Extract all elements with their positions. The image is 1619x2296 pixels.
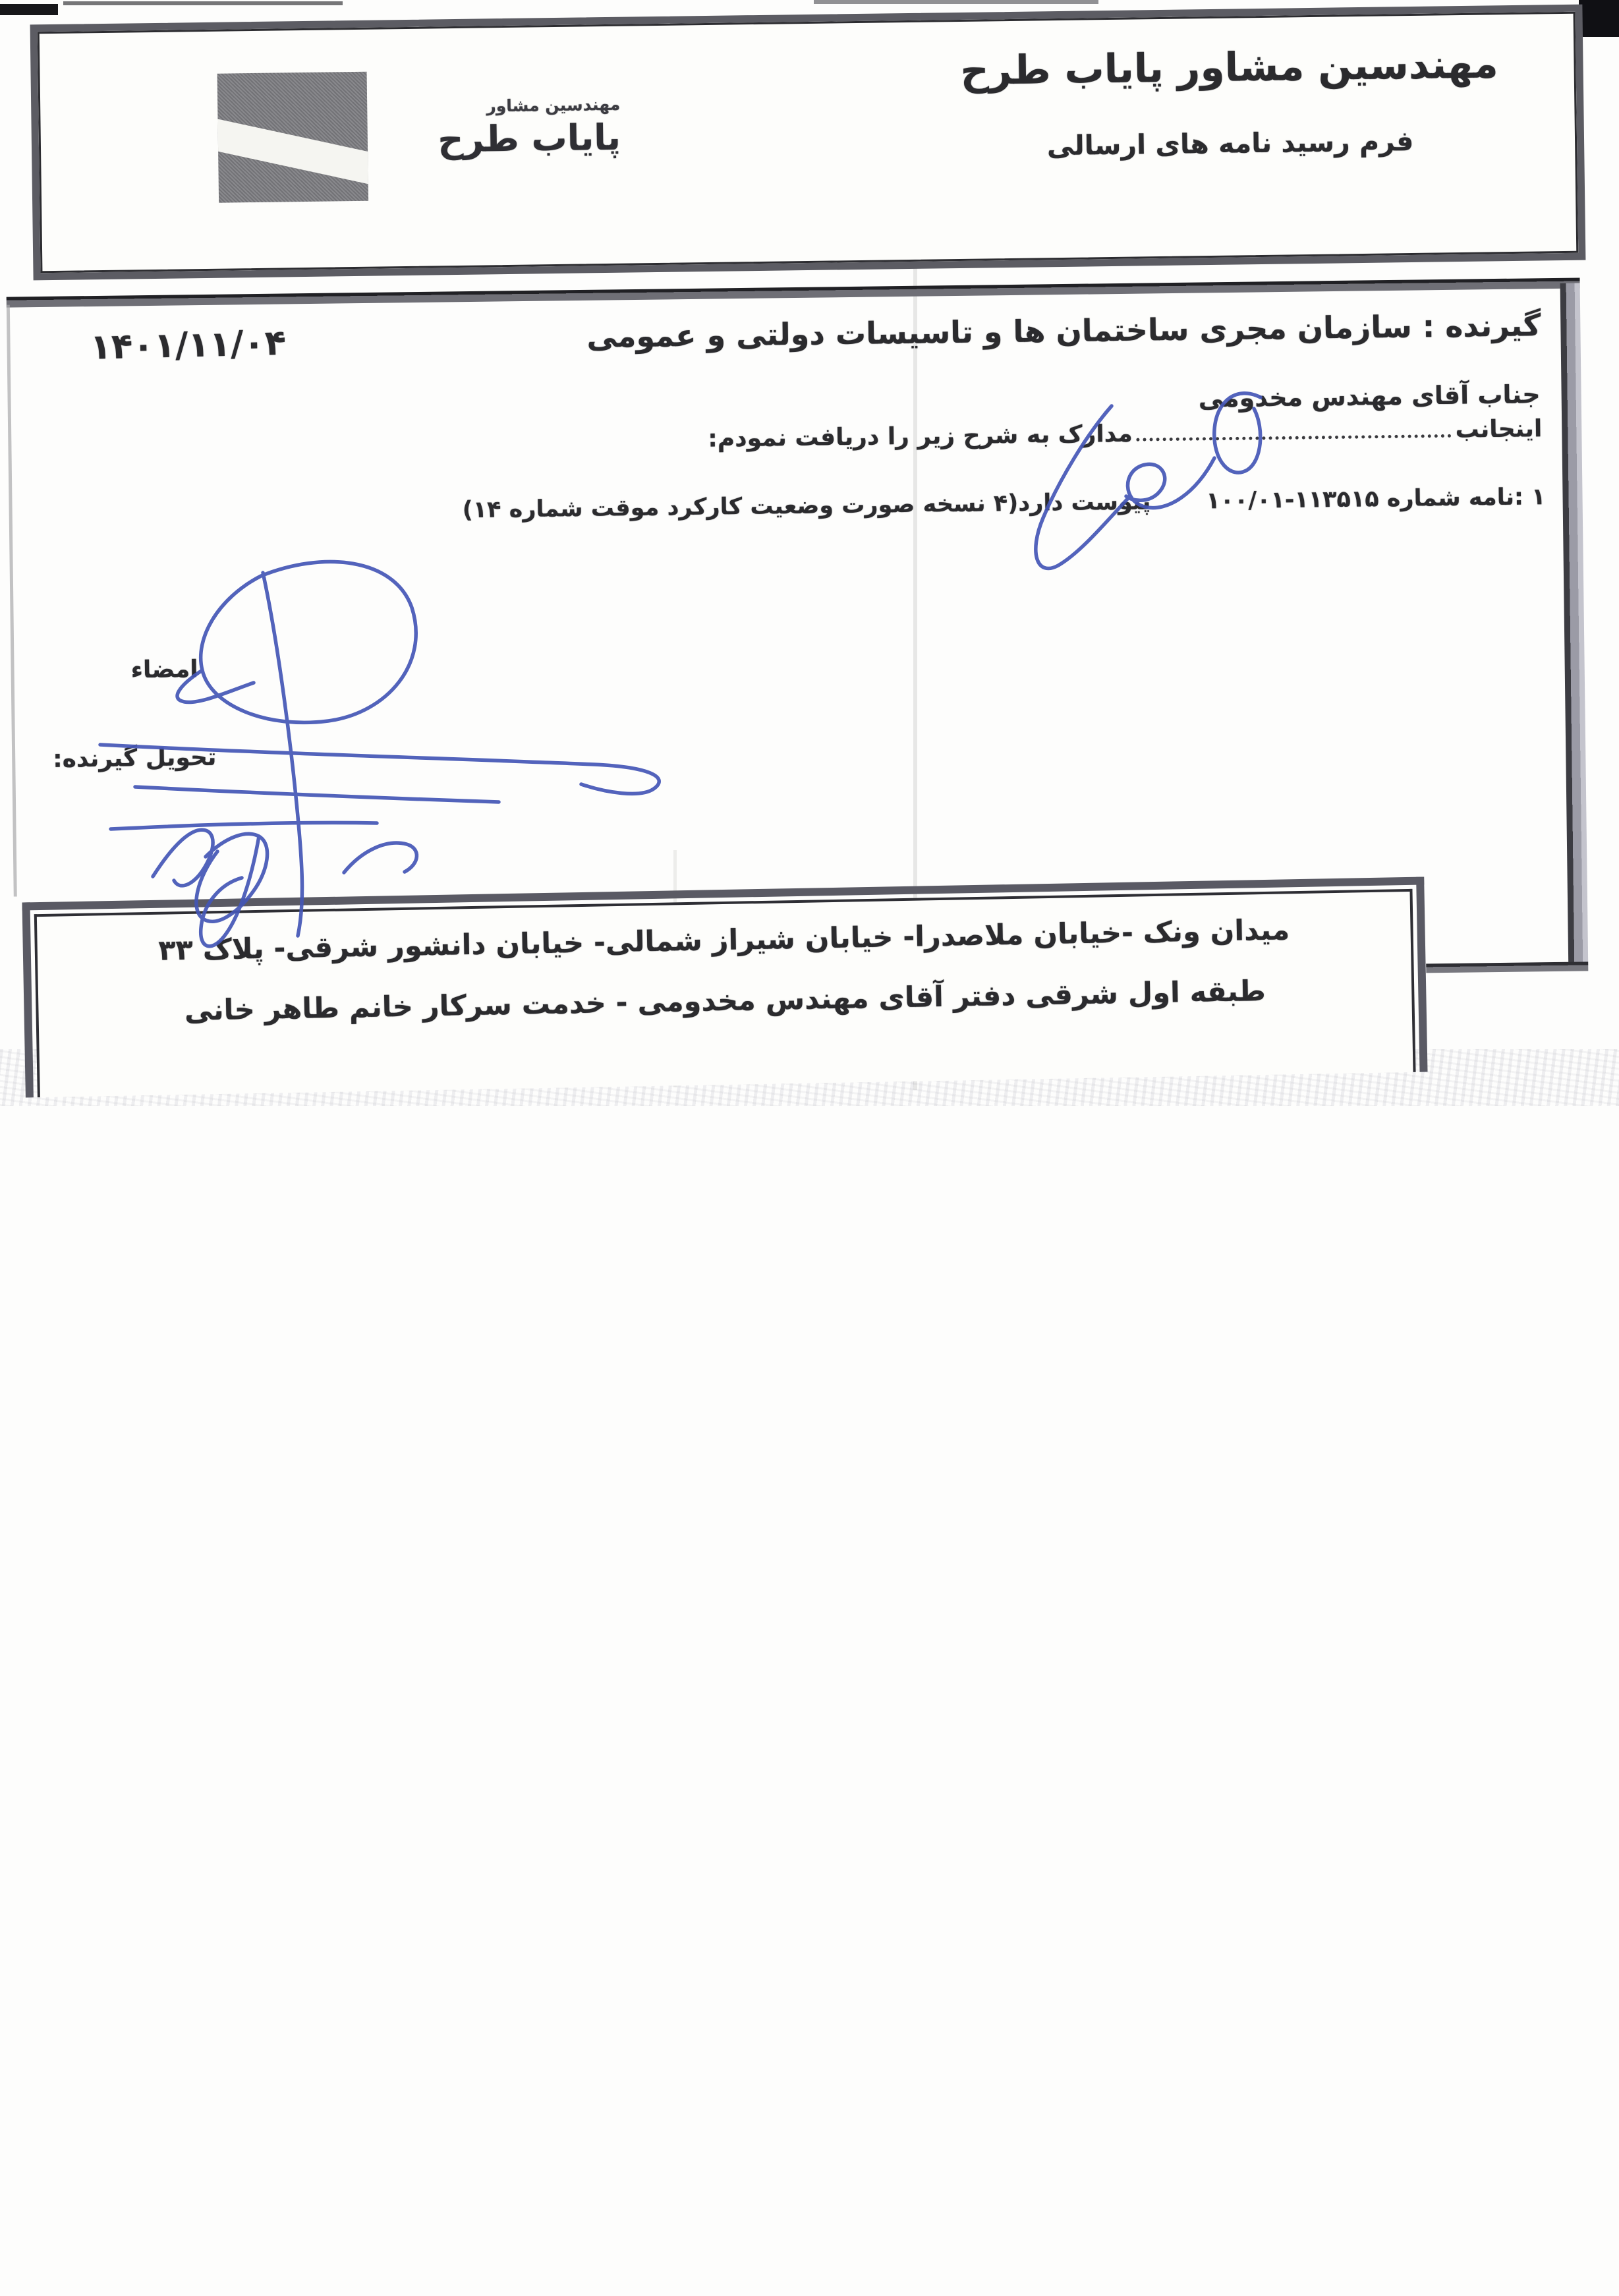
address-line-2: طبقه اول شرقی دفتر آقای مهندس مخدومی - خ… — [38, 972, 1412, 1030]
undersigned-suffix: مدارک به شرح زیر را دریافت نمودم: — [708, 420, 1133, 453]
company-logo-icon — [217, 72, 369, 203]
scan-artifact — [1579, 0, 1619, 37]
header-box: مهندسین مشاور پایاب طرح مهندسین مشاور پا… — [30, 5, 1586, 281]
scan-artifact — [0, 4, 58, 15]
body-border-right — [1560, 283, 1589, 965]
form-title: فرم رسید نامه های ارسالی — [897, 123, 1564, 163]
scanned-receipt-form: مهندسین مشاور پایاب طرح مهندسین مشاور پا… — [0, 0, 1619, 2296]
body-border-bottom — [1426, 961, 1588, 973]
logo-text-large: پایاب طرح — [370, 117, 621, 161]
document-date: ۱۴۰۱/۱۱/۰۴ — [90, 323, 287, 368]
undersigned-row: اینجانب مدارک به شرح زیر را دریافت نمودم… — [708, 415, 1542, 452]
addressee-line: جناب آقای مهندس مخدومی — [1198, 380, 1541, 413]
scan-artifact — [814, 0, 1098, 4]
received-items-row: ۱ :نامه شماره ۱۱۳۵۱۵-۱۰۰/۰۱ پیوست دارد(۴… — [463, 484, 1546, 523]
signature-label: امضاء — [130, 656, 198, 683]
logo-wordmark: مهندسین مشاور پایاب طرح — [370, 95, 621, 161]
receiver-label: تحویل گیرنده: — [53, 744, 217, 773]
name-fill-in-line — [1137, 434, 1452, 442]
item-letter-reference: ۱ :نامه شماره ۱۱۳۵۱۵-۱۰۰/۰۱ — [1206, 484, 1546, 514]
company-title: مهندسین مشاور پایاب طرح — [896, 40, 1562, 95]
item-attachment-note: پیوست دارد(۴ نسخه صورت وضعیت کارکرد موقت… — [463, 488, 1151, 523]
logo-text-small: مهندسین مشاور — [370, 95, 620, 117]
undersigned-prefix: اینجانب — [1455, 415, 1542, 444]
address-line-1: میدان ونک -خیابان ملاصدرا- خیابان شیراز … — [37, 911, 1411, 969]
address-box: میدان ونک -خیابان ملاصدرا- خیابان شیراز … — [22, 877, 1427, 1098]
header-titles: مهندسین مشاور پایاب طرح فرم رسید نامه ها… — [896, 14, 1564, 163]
scan-artifact — [63, 1, 343, 5]
logo-diagonal-stripe-icon — [217, 118, 369, 186]
body-border-left — [7, 305, 17, 897]
body-border-top — [7, 277, 1580, 307]
recipient-line: گیرنده : سازمان مجری ساختمان ها و تاسیسا… — [586, 307, 1541, 355]
address-box-inner: میدان ونک -خیابان ملاصدرا- خیابان شیراز … — [34, 889, 1416, 1097]
header-box-inner: مهندسین مشاور پایاب طرح مهندسین مشاور پا… — [38, 12, 1579, 273]
